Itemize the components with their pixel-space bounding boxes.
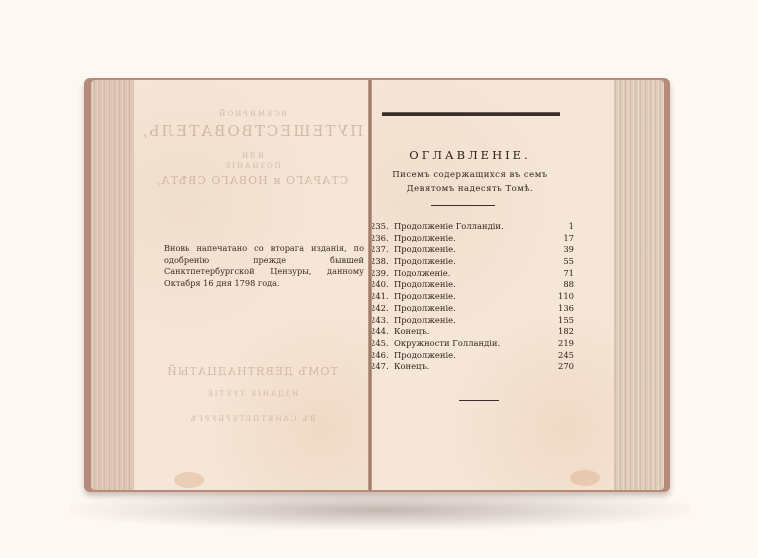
toc-page: 182 bbox=[544, 326, 574, 338]
toc-num: 244. bbox=[370, 326, 394, 338]
faded-line: ТОМЪ ДЕВЯТНАДЦАТЫЙ bbox=[134, 365, 370, 378]
toc-label: Продолженіе. bbox=[394, 303, 544, 315]
toc-label: Продолженіе. bbox=[394, 350, 544, 362]
toc-page: 1 bbox=[544, 221, 574, 233]
toc-page: 88 bbox=[544, 279, 574, 291]
page-edges-right bbox=[612, 80, 664, 490]
toc-page: 17 bbox=[544, 233, 574, 245]
book-shadow bbox=[70, 490, 690, 530]
toc-num: 236. bbox=[370, 233, 394, 245]
toc-row: 235.Продолженіе Голландіи.1 bbox=[370, 221, 574, 233]
toc-subtitle-line: Писемъ содержащихся въ семъ bbox=[370, 168, 570, 182]
toc-label: Продолженіе Голландіи. bbox=[394, 221, 544, 233]
toc-label: Конецъ. bbox=[394, 326, 544, 338]
toc-row: 247.Конецъ.270 bbox=[370, 361, 574, 373]
toc-page: 55 bbox=[544, 256, 574, 268]
faded-line: ВСЕМИРНОЙ bbox=[134, 110, 370, 118]
header-rule bbox=[382, 112, 560, 116]
right-page: ОГЛАВЛЕНІЕ. Писемъ содержащихся въ семъ … bbox=[370, 80, 614, 490]
toc-row: 245.Окружности Голландіи.219 bbox=[370, 338, 574, 350]
reprint-note: Вновь напечатано со вторага изданія, по … bbox=[164, 243, 364, 289]
divider-rule bbox=[431, 205, 495, 206]
faded-line: СТАРАГО и НОВАГО СВѢТА, bbox=[134, 174, 370, 187]
toc-num: 239. bbox=[370, 268, 394, 280]
toc-label: Продолженіе. bbox=[394, 256, 544, 268]
toc-num: 245. bbox=[370, 338, 394, 350]
toc-label: Конецъ. bbox=[394, 361, 544, 373]
page-edges-left bbox=[91, 80, 135, 490]
faded-line: ИЛИ bbox=[134, 152, 370, 160]
toc-page: 39 bbox=[544, 244, 574, 256]
toc-page: 136 bbox=[544, 303, 574, 315]
toc-subtitle: Писемъ содержащихся въ семъ Девятомъ над… bbox=[370, 168, 570, 196]
toc-row: 242.Продолженіе.136 bbox=[370, 303, 574, 315]
toc-row: 238.Продолженіе.55 bbox=[370, 256, 574, 268]
toc-list: 235.Продолженіе Голландіи.1 236.Продолже… bbox=[370, 221, 574, 373]
faded-line: ИЗДАНІЕ ТРЕТІЕ bbox=[134, 390, 370, 398]
toc-num: 247. bbox=[370, 361, 394, 373]
toc-label: Продолженіе. bbox=[394, 244, 544, 256]
toc-row: 236.Продолженіе.17 bbox=[370, 233, 574, 245]
toc-label: Продолженіе. bbox=[394, 291, 544, 303]
toc-num: 240. bbox=[370, 279, 394, 291]
toc-label: Продолженіе. bbox=[394, 315, 544, 327]
toc-row: 237.Продолженіе.39 bbox=[370, 244, 574, 256]
toc-row: 241.Продолженіе.110 bbox=[370, 291, 574, 303]
toc-page: 270 bbox=[544, 361, 574, 373]
toc-num: 238. bbox=[370, 256, 394, 268]
toc-num: 242. bbox=[370, 303, 394, 315]
toc-row: 244.Конецъ.182 bbox=[370, 326, 574, 338]
paper-stain bbox=[174, 472, 204, 488]
toc-label: Продолженіе. bbox=[394, 233, 544, 245]
end-rule bbox=[459, 400, 499, 401]
toc-page: 110 bbox=[544, 291, 574, 303]
paper-stain bbox=[570, 470, 600, 486]
toc-num: 243. bbox=[370, 315, 394, 327]
toc-num: 241. bbox=[370, 291, 394, 303]
toc-num: 246. bbox=[370, 350, 394, 362]
left-page: ВСЕМИРНОЙ ПУТЕШЕСТВОВАТЕЛЬ, ИЛИ ПОЗНАНІЕ… bbox=[134, 80, 371, 490]
toc-num: 235. bbox=[370, 221, 394, 233]
toc-num: 237. bbox=[370, 244, 394, 256]
toc-page: 71 bbox=[544, 268, 574, 280]
toc-label: Окружности Голландіи. bbox=[394, 338, 544, 350]
book-gutter bbox=[368, 80, 372, 492]
toc-row: 243.Продолженіе.155 bbox=[370, 315, 574, 327]
toc-row: 240.Продолженіе.88 bbox=[370, 279, 574, 291]
faded-line: ВЪ САНКТПЕТЕРБУРГѢ bbox=[134, 415, 370, 423]
toc-subtitle-line: Девятомъ надесять Томѣ. bbox=[370, 182, 570, 196]
toc-label: Подолженіе. bbox=[394, 268, 544, 280]
toc-label: Продолженіе. bbox=[394, 279, 544, 291]
faded-line: ПОЗНАНІЕ bbox=[134, 162, 370, 170]
toc-page: 155 bbox=[544, 315, 574, 327]
toc-title: ОГЛАВЛЕНІЕ. bbox=[370, 148, 570, 162]
toc-page: 219 bbox=[544, 338, 574, 350]
toc-row: 246.Продолженіе.245 bbox=[370, 350, 574, 362]
toc-page: 245 bbox=[544, 350, 574, 362]
toc-row: 239.Подолженіе.71 bbox=[370, 268, 574, 280]
faded-line: ПУТЕШЕСТВОВАТЕЛЬ, bbox=[134, 122, 370, 140]
